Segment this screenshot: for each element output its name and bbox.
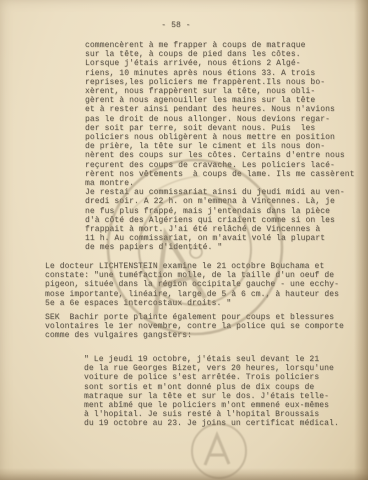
testimony-block-2: " Le jeudi 19 octobre, j'étais seul deva… (84, 355, 339, 429)
sek-complaint-paragraph: SEK Bachir porte plainte également pour … (45, 313, 344, 341)
page-bottom-edge (0, 468, 368, 480)
page-number: - 58 - (0, 21, 352, 30)
testimony-block-1: commencèrent à me frapper à coups de mat… (85, 41, 355, 253)
page-right-edge (354, 0, 368, 480)
doctor-findings-paragraph: Le docteur LICHTENSTEIN examine le 21 oc… (45, 262, 339, 308)
document-page: - 58 - commencèrent à me frapper à coups… (0, 0, 368, 480)
